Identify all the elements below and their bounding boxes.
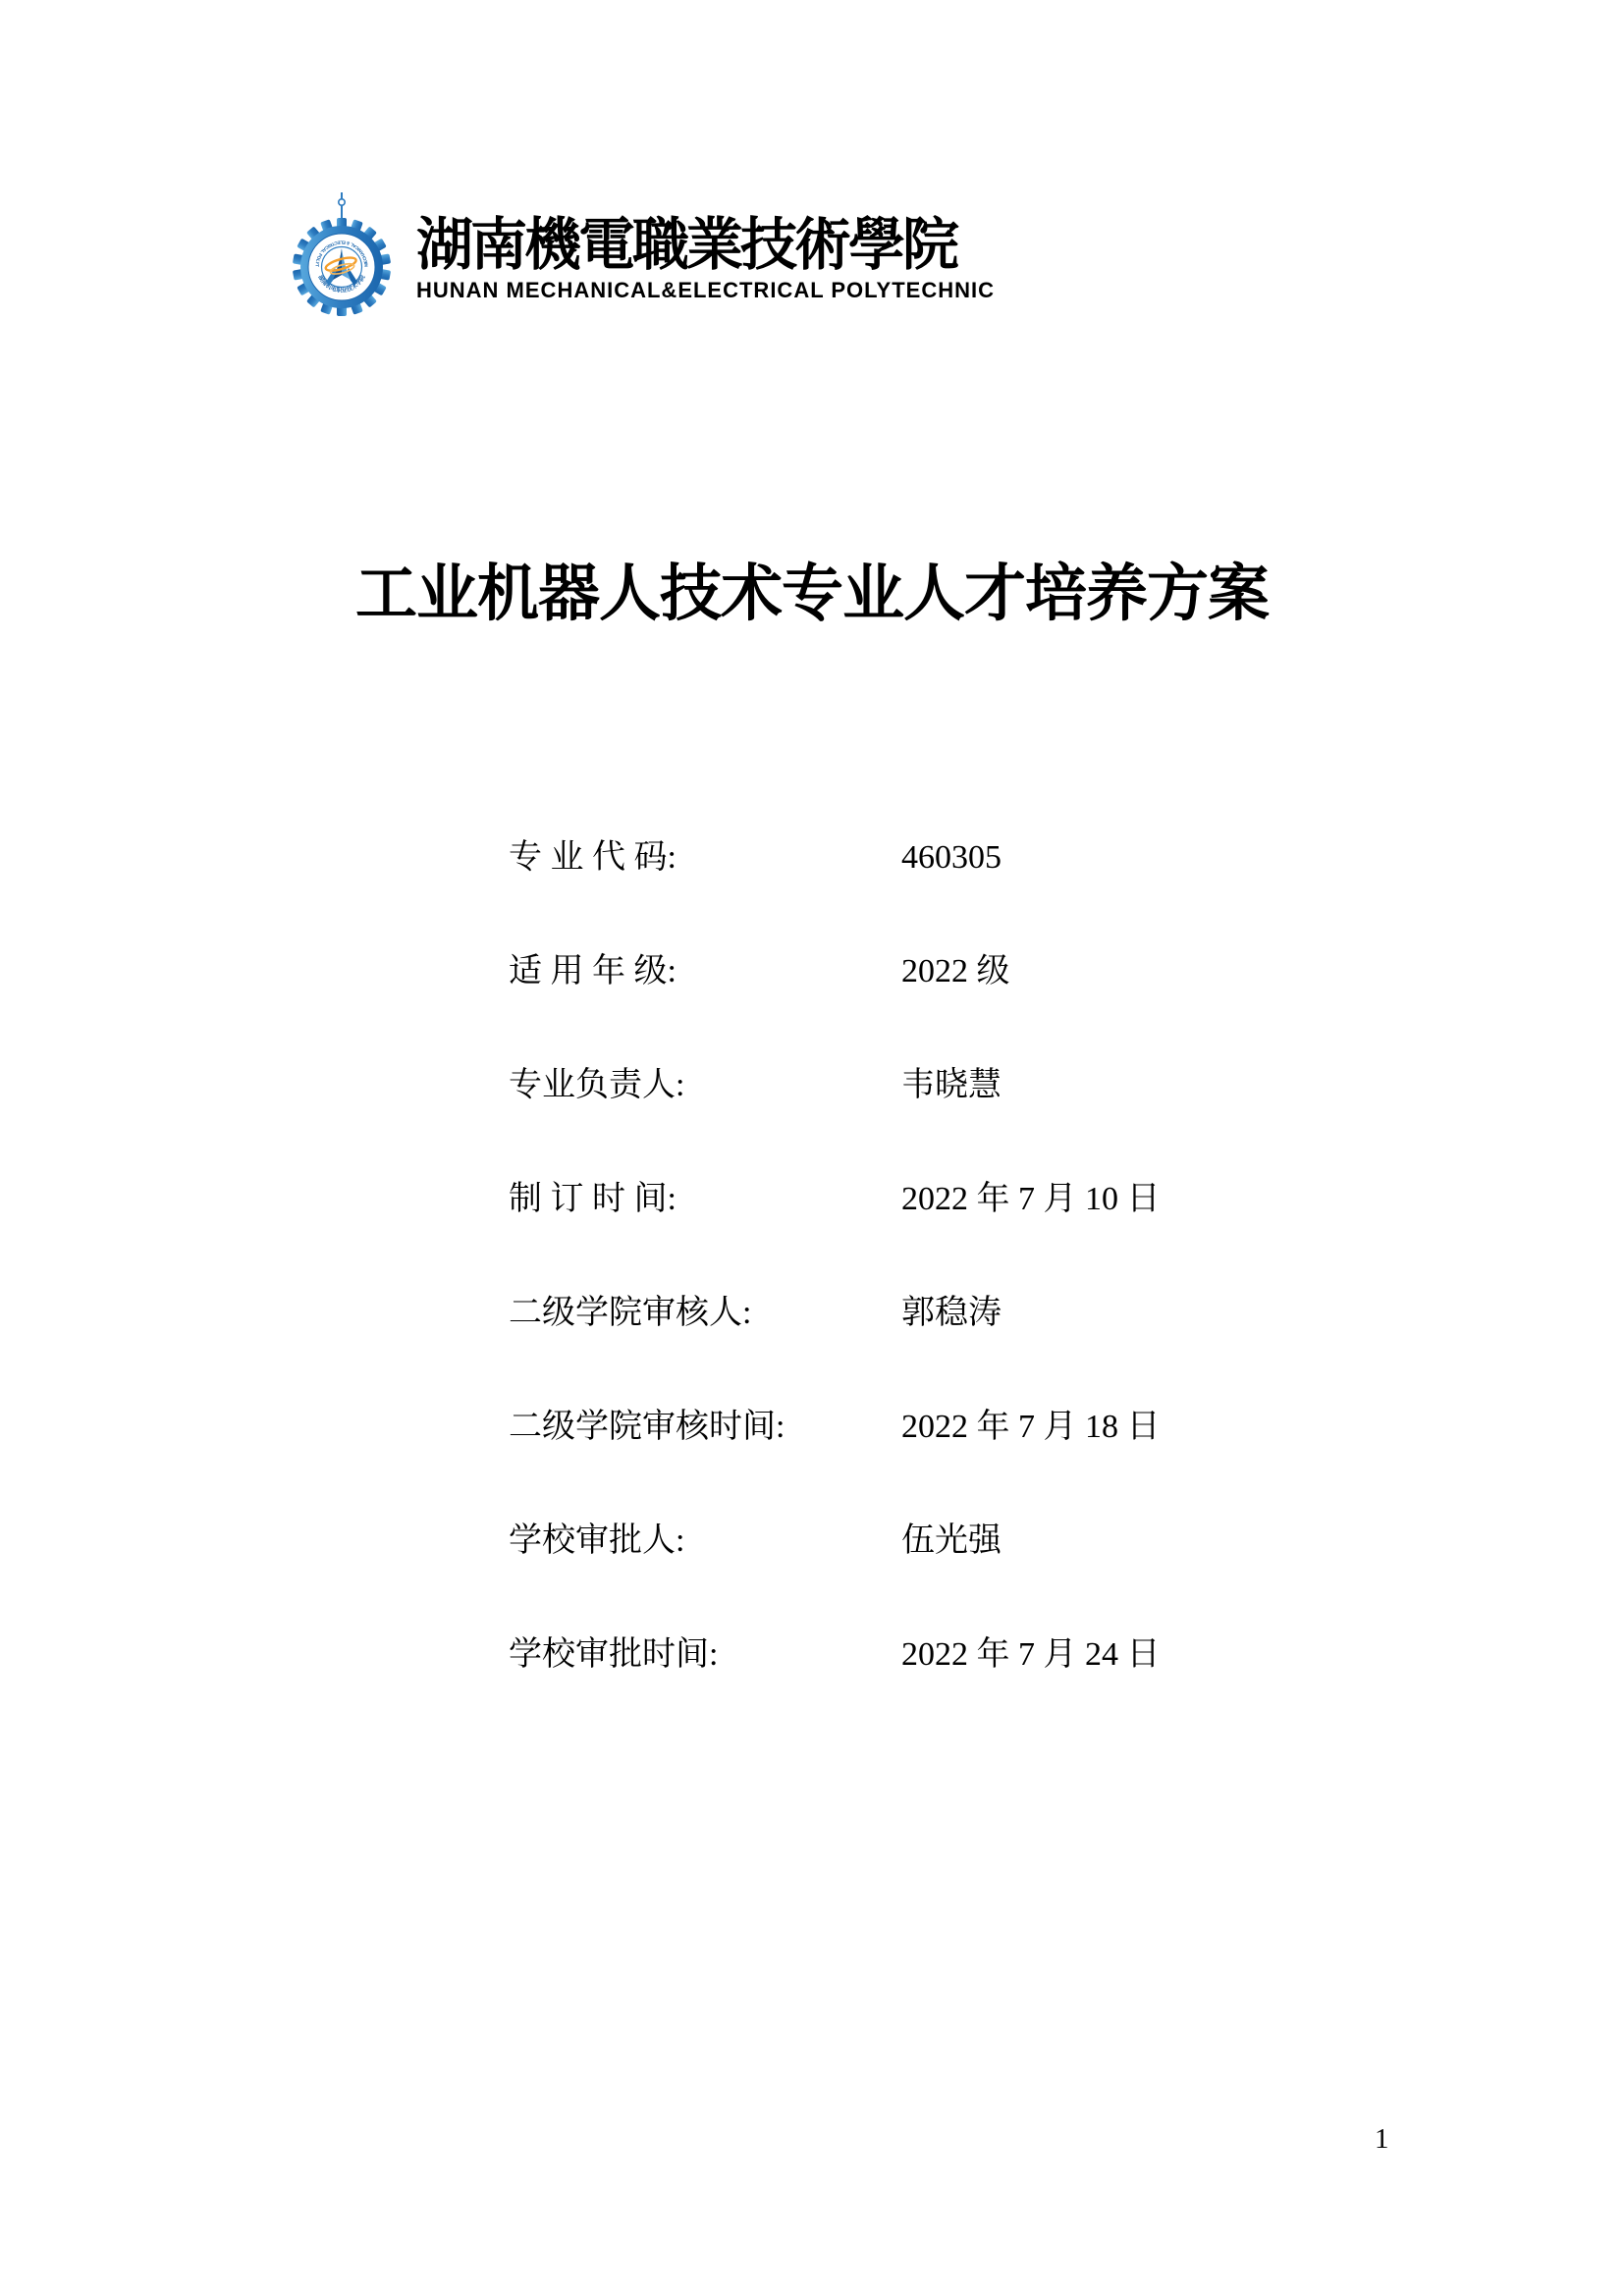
field-label: 制 订 时 间: <box>509 1179 677 1220</box>
field-value: 2022 级 <box>901 951 1010 992</box>
document-page: HUNAN MECHANICAL & ELECTRICAL POLYTECHNI… <box>0 0 1624 2296</box>
field-row-college-reviewer: 二级学院审核人: 郭稳涛 <box>509 1293 1196 1407</box>
school-name-english: HUNAN MECHANICAL&ELECTRICAL POLYTECHNIC <box>416 279 995 302</box>
cover-fields: 专 业 代 码: 460305 适 用 年 级: 2022 级 专业负责人: 韦… <box>509 837 1196 1748</box>
school-name-chinese: 湖南機電職業技術學院 <box>416 214 951 277</box>
field-value: 460305 <box>901 837 1001 879</box>
page-number: 1 <box>1375 2122 1389 2156</box>
field-label: 二级学院审核人: <box>509 1293 751 1334</box>
field-value: 2022 年 7 月 10 日 <box>901 1179 1161 1220</box>
field-row-formulation-date: 制 订 时 间: 2022 年 7 月 10 日 <box>509 1179 1196 1293</box>
field-value: 伍光强 <box>901 1521 1001 1562</box>
school-logo: HUNAN MECHANICAL & ELECTRICAL POLYTECHNI… <box>293 185 970 322</box>
school-emblem-icon: HUNAN MECHANICAL & ELECTRICAL POLYTECHNI… <box>293 187 391 318</box>
field-label: 适 用 年 级: <box>509 951 677 992</box>
field-value: 2022 年 7 月 18 日 <box>901 1407 1161 1448</box>
field-row-major-leader: 专业负责人: 韦晓慧 <box>509 1065 1196 1179</box>
field-row-college-review-date: 二级学院审核时间: 2022 年 7 月 18 日 <box>509 1407 1196 1521</box>
document-title: 工业机器人技术专业人才培养方案 <box>0 561 1624 626</box>
field-row-major-code: 专 业 代 码: 460305 <box>509 837 1196 951</box>
field-value: 韦晓慧 <box>901 1065 1001 1106</box>
field-label: 学校审批时间: <box>509 1634 718 1676</box>
field-row-school-approver: 学校审批人: 伍光强 <box>509 1521 1196 1634</box>
field-label: 专业负责人: <box>509 1065 684 1106</box>
field-row-school-approval-date: 学校审批时间: 2022 年 7 月 24 日 <box>509 1634 1196 1748</box>
field-row-applicable-grade: 适 用 年 级: 2022 级 <box>509 951 1196 1065</box>
field-label: 专 业 代 码: <box>509 837 677 879</box>
field-label: 二级学院审核时间: <box>509 1407 785 1448</box>
field-value: 2022 年 7 月 24 日 <box>901 1634 1161 1676</box>
field-value: 郭稳涛 <box>901 1293 1001 1334</box>
field-label: 学校审批人: <box>509 1521 684 1562</box>
